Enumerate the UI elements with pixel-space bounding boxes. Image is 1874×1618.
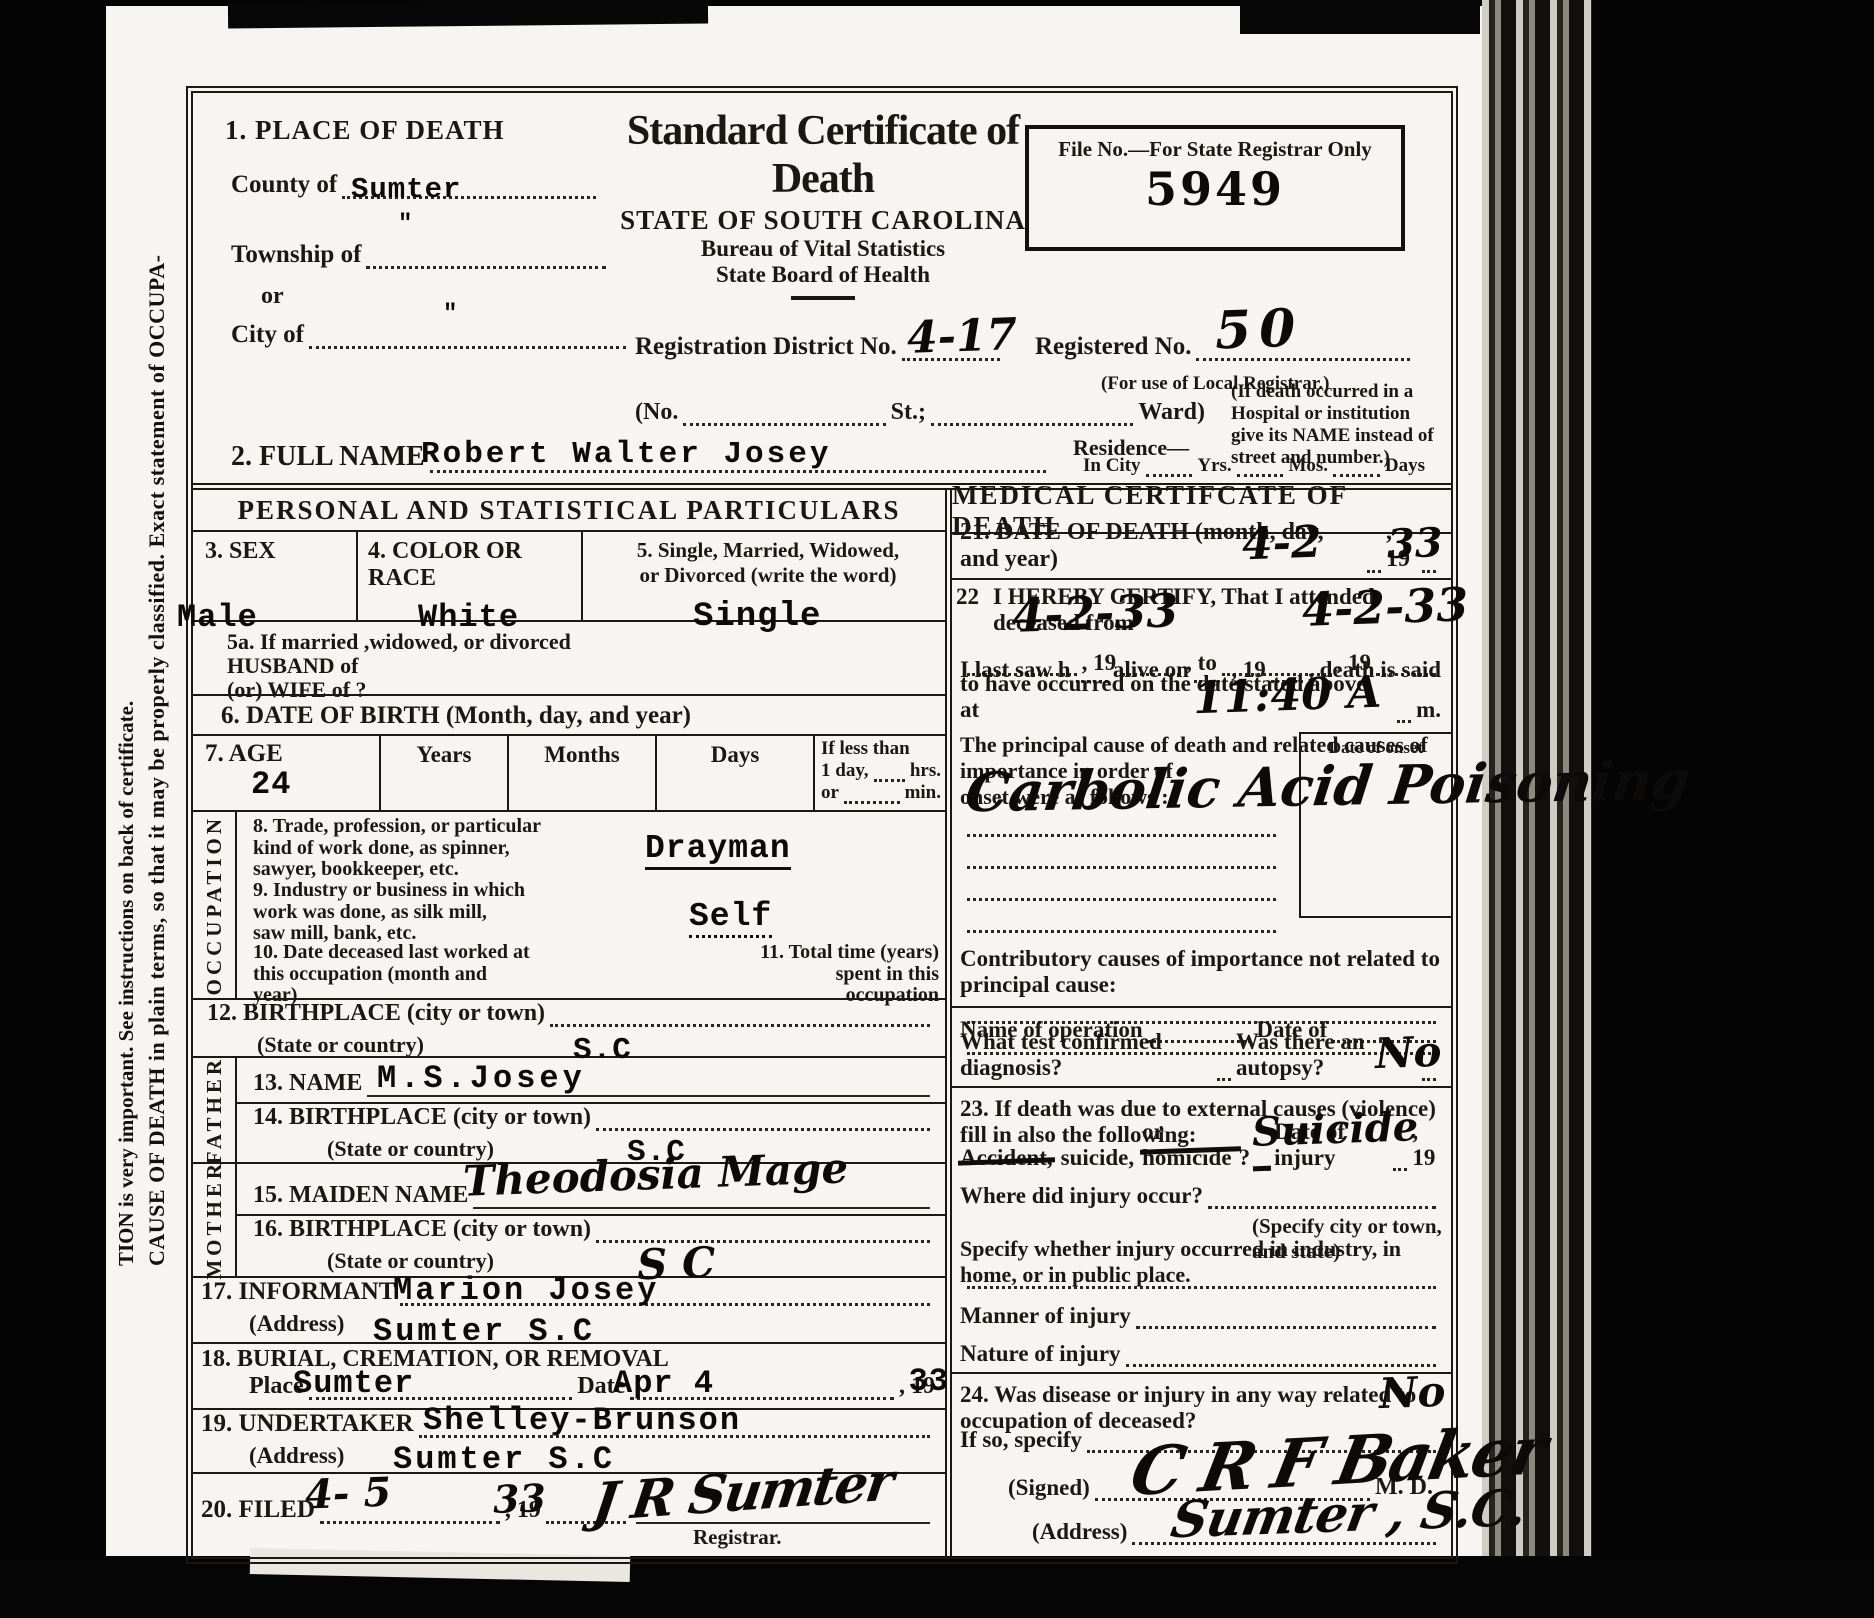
attended-to-value: 4-2-33 [1301, 577, 1469, 637]
county-line: County of Sumter [221, 171, 611, 204]
where-injury-label: Where did injury occur? [960, 1183, 1203, 1209]
mos-fill [1333, 470, 1380, 477]
item-18-place-value: Sumter [293, 1365, 414, 1402]
personal-section-title: PERSONAL AND STATISTICAL PARTICULARS [193, 490, 945, 532]
item-16-row: 16. BIRTHPLACE (city or town) (State or … [237, 1216, 945, 1274]
age-cell: 7. AGE 24 [193, 736, 381, 810]
registration-district-label: Registration District No. [635, 333, 897, 361]
full-name-label: 2. FULL NAME [231, 441, 425, 473]
autopsy-value: No [1374, 1027, 1442, 1078]
scan-blotch-top-left [228, 0, 708, 29]
item-5a: 5a. If married ,widowed, or divorced HUS… [193, 622, 945, 696]
item-12-subnote: (State or country) [193, 1032, 945, 1058]
margin-note-line2: TION is very important. See instructions… [114, 701, 139, 1266]
less-than-line1: If less than [821, 738, 941, 760]
days-label: Days [1385, 455, 1425, 477]
manner-label: Manner of injury [960, 1303, 1131, 1329]
certificate-title: Standard Certificate of Death [613, 107, 1033, 203]
item-24-value: No [1378, 1367, 1446, 1418]
item-8-label: 8. Trade, profession, or particular kind… [237, 812, 945, 881]
cause-of-death-block: Date of onset The principal cause of dea… [952, 728, 1451, 1008]
item-16-label: 16. BIRTHPLACE (city or town) [253, 1216, 591, 1243]
county-label: County of [231, 171, 337, 199]
header-block: 1. PLACE OF DEATH County of Sumter " Tow… [193, 93, 1451, 490]
item-10-11-row: 10. Date deceased last worked at this oc… [237, 940, 945, 998]
item-17-value: Marion Josey [393, 1272, 659, 1309]
mother-block: MOTHER 15. MAIDEN NAME Theodosia Mage 16… [193, 1164, 945, 1278]
item-17-label: 17. INFORMANT [201, 1278, 395, 1306]
item-20-date-value: 4- 5 [304, 1469, 392, 1519]
item-13-value: M.S.Josey [377, 1060, 586, 1097]
sex-cell: 3. SEX Male [193, 532, 358, 620]
where-injury-fill [1208, 1202, 1436, 1209]
race-cell: 4. COLOR OR RACE White [358, 532, 583, 620]
less-than-cell: If less than 1 day, hrs. or min. [815, 736, 945, 810]
item-6-dob: 6. DATE OF BIRTH (Month, day, and year) [193, 696, 945, 736]
contributory-label: Contributory causes of importance not re… [952, 938, 1451, 998]
item-9-label: 9. Industry or business in which work wa… [237, 876, 945, 945]
item-21-year-value: 33 [1387, 519, 1444, 568]
filed-fill [320, 1517, 500, 1524]
test-fill [1217, 1074, 1231, 1081]
registration-district-value: 4-17 [906, 309, 1018, 364]
occurred-fill [1397, 716, 1411, 723]
hrs-fill [874, 775, 905, 782]
registrar-label: Registrar. [693, 1525, 781, 1550]
race-value: White [418, 599, 519, 636]
item-12-fill [550, 1020, 930, 1027]
scan-blotch-top-right [1240, 0, 1480, 34]
external-cause-value: Suicide [1251, 1103, 1419, 1156]
title-underline [791, 296, 855, 300]
item-19-address-value: Sumter S.C [393, 1441, 615, 1478]
specify-city-note: (Specify city or town, and state) [952, 1214, 1451, 1236]
months-cell: Months [509, 736, 657, 810]
item-8-value: Drayman [645, 830, 791, 870]
days-cell: Days [657, 736, 815, 810]
item-22-number: 22 [956, 584, 979, 636]
residence-duration-line: In City Yrs. Mos. Days [1073, 455, 1435, 482]
injury-date-fill [1393, 1164, 1407, 1171]
occupation-block: OCCUPATION 8. Trade, profession, or part… [193, 812, 945, 1000]
m-label: m. [1416, 697, 1441, 723]
mother-side-label: MOTHER [193, 1164, 237, 1276]
city-fill-line [309, 342, 626, 349]
less-than-line2: 1 day, hrs. [821, 760, 941, 782]
item-13-label: 13. NAME [253, 1070, 362, 1097]
item-19-value: Shelley-Brunson [423, 1402, 741, 1439]
full-name-line: 2. FULL NAME Robert Walter Josey [221, 441, 1061, 478]
st-fill-line [931, 419, 1133, 426]
item-24-row: 24. Was disease or injury in any way rel… [952, 1374, 1451, 1418]
item-15-row: 15. MAIDEN NAME Theodosia Mage [237, 1164, 945, 1216]
st-label: St.; [891, 399, 926, 426]
homicide-label: or homicide [1142, 1119, 1239, 1171]
personal-column: PERSONAL AND STATISTICAL PARTICULARS 3. … [193, 490, 952, 1557]
test-autopsy-row: What test confirmed diagnosis? Was there… [952, 1048, 1451, 1088]
item-20-label: 20. FILED [201, 1496, 315, 1524]
yrs-fill [1237, 470, 1284, 477]
item-10-label: 10. Date deceased last worked at this oc… [237, 940, 623, 998]
margin-note-line1: CAUSE OF DEATH in plain terms, so that i… [144, 255, 170, 1266]
registered-no-value: 50 [1214, 297, 1304, 361]
in-city-label: In City [1083, 455, 1141, 477]
yrs-label: Yrs. [1197, 455, 1231, 477]
item-14-label: 14. BIRTHPLACE (city or town) [253, 1104, 591, 1131]
place-of-death-title: 1. PLACE OF DEATH [225, 115, 505, 146]
occurred-row: to have occurred on the date stated abov… [952, 688, 1451, 728]
injury-extra-fill [952, 1268, 1451, 1294]
county-value: Sumter [351, 173, 461, 206]
item-18-date-value: Apr 4 [613, 1365, 714, 1402]
race-label: 4. COLOR OR RACE [368, 538, 581, 592]
cause-fill-4 [952, 906, 1291, 938]
township-label: Township of [231, 241, 361, 269]
test-label: What test confirmed diagnosis? [960, 1029, 1212, 1081]
bureau-line: Bureau of Vital Statistics [613, 236, 1033, 262]
item-13-row: 13. NAME M.S.Josey [237, 1058, 945, 1104]
age-row: 7. AGE 24 Years Months Days If less than… [193, 736, 945, 812]
mos-label: Mos. [1288, 455, 1328, 477]
father-side-label: FATHER [193, 1058, 237, 1162]
item-20-year-value: 33 [492, 1475, 546, 1522]
item-9-row: 9. Industry or business in which work wa… [237, 876, 945, 940]
cause-fill-3 [952, 874, 1291, 906]
file-number-label: File No.—For State Registrar Only [1029, 137, 1401, 162]
less-than-line3: or min. [821, 782, 941, 804]
full-name-value: Robert Walter Josey [421, 437, 831, 472]
item-21-row: 21. DATE OF DEATH (month, day, and year)… [952, 534, 1451, 580]
item-21-year-fill [1422, 566, 1436, 573]
age-value: 24 [251, 766, 291, 803]
ward-label: Ward) [1138, 399, 1205, 426]
item-17-row: 17. INFORMANT Marion Josey (Address) Sum… [193, 1278, 945, 1344]
nature-fill [1126, 1360, 1436, 1367]
item-11-label: 11. Total time (years) spent in this occ… [623, 940, 945, 998]
years-cell: Years [381, 736, 509, 810]
hrs-label: hrs. [910, 760, 941, 782]
occupation-side-label: OCCUPATION [193, 812, 237, 998]
sex-race-marital-row: 3. SEX Male 4. COLOR OR RACE White 5. Si… [193, 532, 945, 622]
file-number-box: File No.—For State Registrar Only 5949 [1025, 125, 1405, 251]
attended-from-value: 4-2-33 [1011, 583, 1179, 643]
accident-suicide-row: Accident, suicide, or homicide ? Date of… [952, 1130, 1451, 1176]
nature-label: Nature of injury [960, 1341, 1121, 1367]
item-18-year-value: 33 [909, 1363, 949, 1400]
or-label: or [261, 283, 284, 310]
in-city-fill [1146, 470, 1193, 477]
state-line: STATE OF SOUTH CAROLINA [613, 205, 1033, 236]
external-fill [1255, 1164, 1269, 1171]
marital-value: Single [693, 598, 821, 636]
sex-label: 3. SEX [205, 538, 356, 565]
signed-address-label: (Address) [1032, 1519, 1127, 1545]
item-21-fill [1367, 566, 1381, 573]
scanned-death-certificate: CAUSE OF DEATH in plain terms, so that i… [0, 0, 1874, 1618]
marital-label: 5. Single, Married, Widowed, or Divorced… [591, 538, 945, 588]
manner-row: Manner of injury [952, 1294, 1451, 1334]
file-number-value: 5949 [1029, 162, 1401, 216]
where-injury-row: Where did injury occur? [952, 1176, 1451, 1214]
min-label: min. [905, 782, 941, 804]
specify-whether-note: Specify whether injury occurred in indus… [952, 1236, 1451, 1268]
nature-row: Nature of injury [952, 1334, 1451, 1374]
city-line: City of [221, 321, 641, 354]
township-fill-line [366, 262, 606, 269]
item-16-subnote: (State or country) [237, 1248, 945, 1274]
item-15-label: 15. MAIDEN NAME [253, 1182, 468, 1209]
item-19-label: 19. UNDERTAKER [201, 1410, 414, 1438]
signed-label: (Signed) [1008, 1475, 1090, 1501]
item-22-row: 22 I HEREBY CERTIFY, That I attended dec… [952, 580, 1451, 650]
item-12-label: 12. BIRTHPLACE (city or town) [207, 1000, 545, 1027]
title-block: Standard Certificate of Death STATE OF S… [613, 107, 1033, 300]
cause-fill-1 [952, 810, 1291, 842]
item-15-fill [473, 1203, 930, 1209]
item-9-value: Self [689, 898, 772, 938]
township-line: Township of [221, 241, 621, 274]
sex-value: Male [177, 599, 258, 636]
certificate-form: 1. PLACE OF DEATH County of Sumter " Tow… [186, 86, 1458, 1564]
manner-fill [1136, 1322, 1436, 1329]
street-ward-line: (No. St.; Ward) [625, 399, 1215, 431]
suicide-label: suicide, [1061, 1145, 1134, 1171]
registered-no-line: Registered No. 50 [1025, 333, 1425, 366]
board-line: State Board of Health [613, 262, 1033, 288]
medical-column: MEDICAL CERTIFCATE OF DEATH 21. DATE OF … [952, 490, 1451, 1557]
item-20-row: 20. FILED , 19 4- 5 33 J R Sumter Regist… [193, 1474, 945, 1550]
one-day-label: 1 day, [821, 760, 869, 782]
no-fill-line [683, 419, 885, 426]
registration-district-line: Registration District No. 4-17 [625, 333, 1015, 366]
accident-label: Accident, [960, 1145, 1053, 1171]
item-14-fill [596, 1124, 930, 1131]
item-8-row: 8. Trade, profession, or particular kind… [237, 812, 945, 876]
item-18-row: 18. BURIAL, CREMATION, OR REMOVAL Place … [193, 1344, 945, 1410]
signed-address-row: (Address) Sumter , S.C. [952, 1506, 1451, 1550]
min-fill [844, 797, 900, 804]
or-min-label: or [821, 782, 839, 804]
county-ditto-mark: " [398, 211, 413, 238]
if-so-label: If so, specify [960, 1427, 1082, 1453]
registered-no-label: Registered No. [1035, 333, 1191, 361]
item-12-row: 12. BIRTHPLACE (city or town) (State or … [193, 1000, 945, 1058]
cause-fill-2 [952, 842, 1291, 874]
no-label: (No. [635, 399, 678, 426]
age-label: 7. AGE [205, 740, 283, 767]
city-label: City of [231, 321, 304, 349]
marital-cell: 5. Single, Married, Widowed, or Divorced… [583, 532, 945, 620]
time-of-death-value: 11:40 A [1192, 667, 1382, 725]
item-21-value: 4-2 [1241, 517, 1322, 571]
